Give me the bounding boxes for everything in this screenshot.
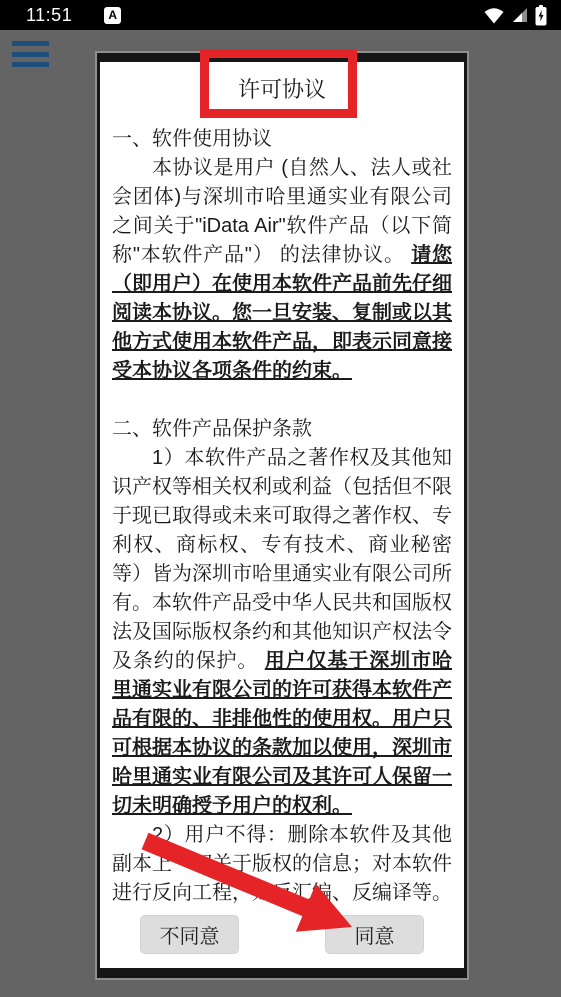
status-bar-right (483, 5, 547, 26)
dialog-button-row: 不同意 同意 (100, 915, 464, 954)
disagree-button[interactable]: 不同意 (140, 915, 239, 954)
agreement-paragraph: 一、软件使用协议 (112, 125, 452, 154)
agreement-run: 2）用户不得：删除本软件及其他副本上一切关于版权的信息；对本软件进行反向工程，如… (112, 824, 452, 904)
agreement-run: 一、软件使用协议 (112, 128, 272, 150)
cellular-signal-icon (512, 7, 528, 23)
menu-icon-bar (12, 62, 49, 67)
agreement-run: 本协议是用户 (自然人、法人或社会团体)与深圳市哈里通实业有限公司之间关于"iD… (112, 157, 452, 266)
menu-icon-bar (12, 41, 49, 46)
agreement-paragraph (112, 386, 452, 415)
clock: 11:51 (26, 5, 72, 26)
agreement-text: 一、软件使用协议本协议是用户 (自然人、法人或社会团体)与深圳市哈里通实业有限公… (100, 125, 464, 908)
dialog-content: 许可协议 一、软件使用协议本协议是用户 (自然人、法人或社会团体)与深圳市哈里通… (100, 62, 464, 968)
agreement-emphasized-text: 用户仅基于深圳市哈里通实业有限公司的许可获得本软件产品有限的、非排他性的使用权。… (112, 650, 452, 817)
agreement-paragraph: 本协议是用户 (自然人、法人或社会团体)与深圳市哈里通实业有限公司之间关于"iD… (112, 154, 452, 386)
menu-icon[interactable] (12, 41, 49, 67)
screen: 11:51 A (0, 0, 561, 997)
wifi-icon (483, 6, 505, 24)
agreement-run: 1）本软件产品之著作权及其他知识产权等相关权利或利益（包括但不限于现已取得或未来… (112, 447, 452, 672)
license-agreement-dialog: 许可协议 一、软件使用协议本协议是用户 (自然人、法人或社会团体)与深圳市哈里通… (97, 53, 467, 978)
status-bar-left: 11:51 A (26, 5, 121, 26)
agreement-paragraph: 1）本软件产品之著作权及其他知识产权等相关权利或利益（包括但不限于现已取得或未来… (112, 444, 452, 821)
agreement-paragraph: 2）用户不得：删除本软件及其他副本上一切关于版权的信息；对本软件进行反向工程，如… (112, 821, 452, 908)
agree-button[interactable]: 同意 (325, 915, 424, 954)
menu-icon-bar (12, 52, 49, 57)
battery-charging-icon (535, 5, 547, 26)
agreement-paragraph: 二、软件产品保护条款 (112, 415, 452, 444)
notification-a-icon: A (104, 7, 121, 24)
agreement-run: 二、软件产品保护条款 (112, 418, 312, 440)
dialog-title: 许可协议 (100, 73, 464, 104)
status-bar: 11:51 A (0, 0, 561, 30)
